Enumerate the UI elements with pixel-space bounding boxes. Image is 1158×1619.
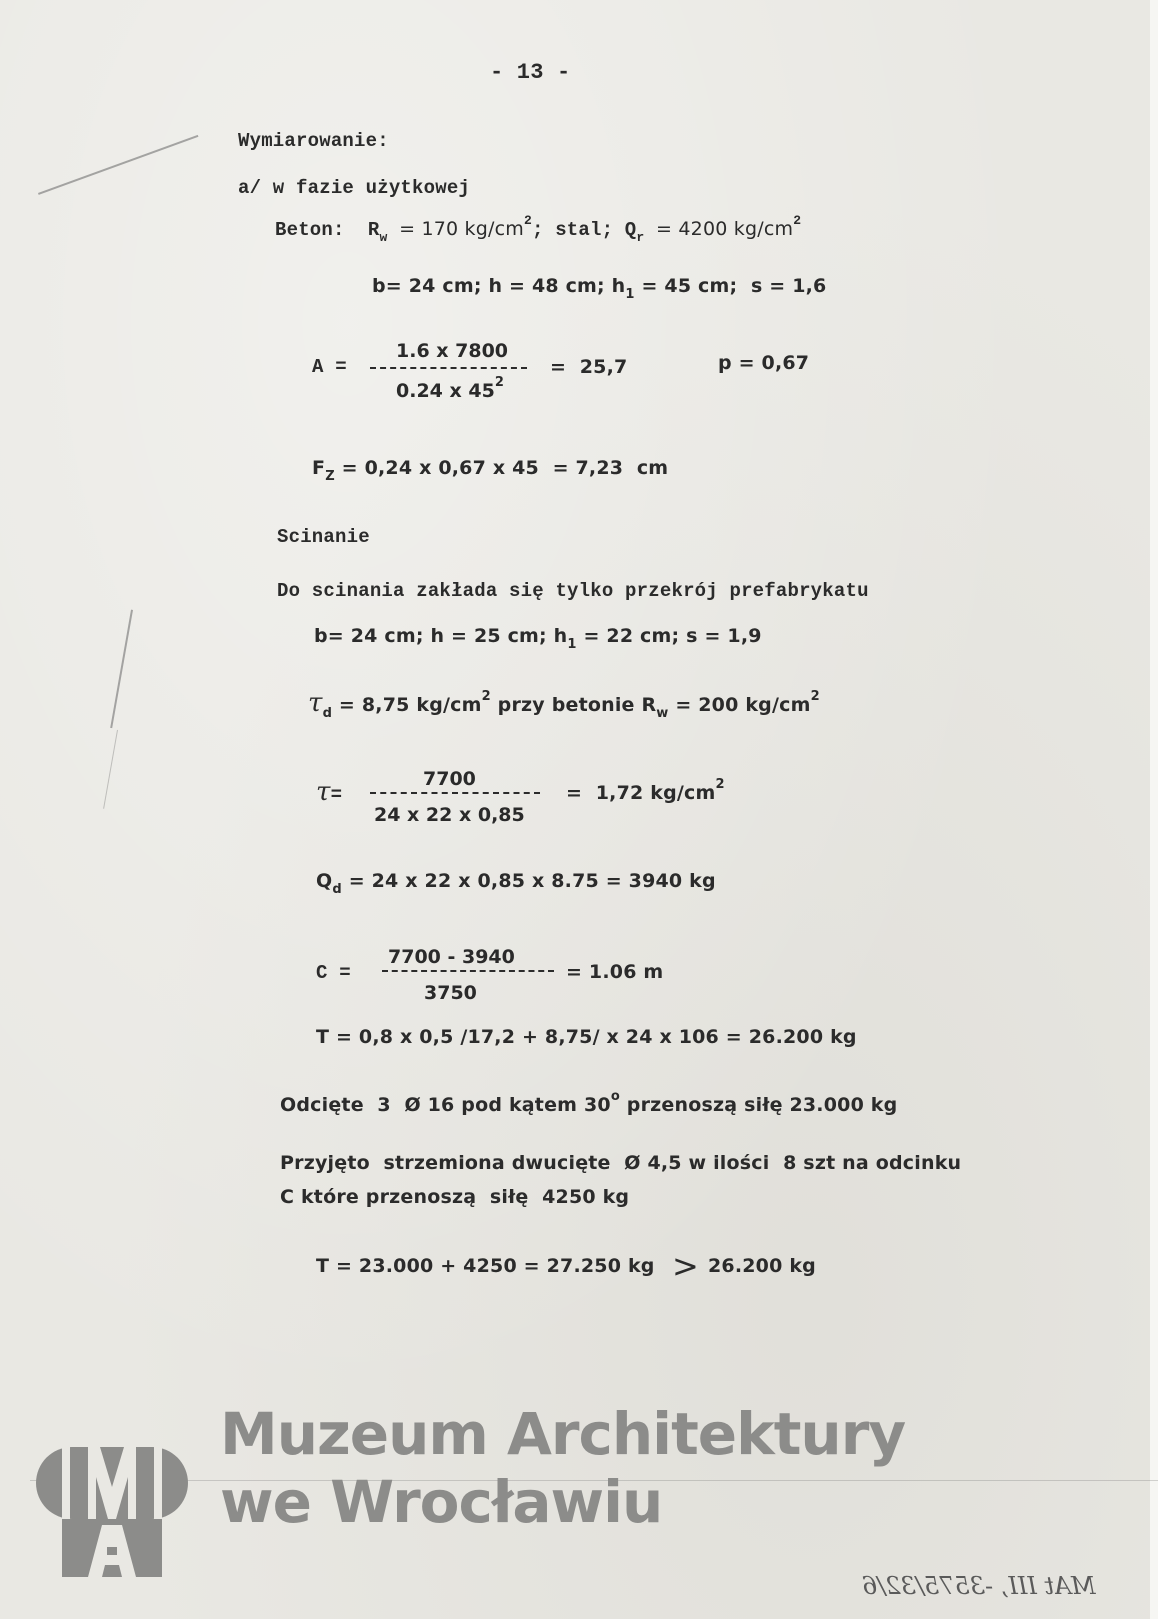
scan-edge bbox=[1150, 0, 1158, 1619]
subscript: d bbox=[323, 706, 333, 721]
formula-tau-lhs: τ= bbox=[316, 777, 342, 807]
subscript: r bbox=[636, 230, 644, 245]
final-check-rhs: 26.200 kg bbox=[708, 1255, 816, 1277]
text: = 0,24 x 0,67 x 45 = 7,23 cm bbox=[335, 457, 668, 479]
formula-t: T = 0,8 x 0,5 /17,2 + 8,75/ x 24 x 106 =… bbox=[316, 1026, 857, 1048]
value: = 8,75 kg/cm bbox=[332, 694, 481, 716]
section-heading: Wymiarowanie: bbox=[238, 130, 389, 152]
subscript: d bbox=[332, 882, 342, 897]
exponent: 2 bbox=[495, 375, 504, 390]
numerator: 1.6 x 7800 bbox=[396, 340, 508, 362]
pencil-mark bbox=[38, 135, 198, 195]
subscript: 1 bbox=[567, 637, 576, 652]
text: przenoszą siłę 23.000 kg bbox=[620, 1094, 897, 1116]
denominator: 24 x 22 x 0,85 bbox=[374, 804, 525, 826]
stirrups-line-1: Przyjęto strzemiona dwucięte Ø 4,5 w ilo… bbox=[280, 1152, 961, 1174]
value: = 200 kg/cm bbox=[669, 694, 811, 716]
allowable-shear-stress: τd = 8,75 kg/cm2 przy betonie Rw = 200 k… bbox=[308, 688, 820, 718]
text: przy betonie R bbox=[491, 694, 656, 716]
exponent: 2 bbox=[524, 213, 532, 228]
stirrups-line-2: C które przenoszą siłę 4250 kg bbox=[280, 1186, 629, 1208]
fraction-bar bbox=[370, 367, 527, 369]
concrete-steel-line: Beton: Rw = 170 kg/cm2; stal; Qr = 4200 … bbox=[275, 218, 801, 241]
exponent: 2 bbox=[482, 689, 491, 704]
formula-fz: FZ = 0,24 x 0,67 x 45 = 7,23 cm bbox=[312, 457, 668, 479]
numerator: 7700 bbox=[423, 768, 476, 790]
exponent: 2 bbox=[715, 777, 724, 792]
museum-logo bbox=[36, 1447, 188, 1582]
text: = 22 cm; s = 1,9 bbox=[577, 625, 762, 647]
formula-c-lhs: C = bbox=[316, 962, 351, 984]
exponent: 2 bbox=[793, 213, 801, 228]
symbol: Q bbox=[316, 870, 332, 892]
ratio-p: p = 0,67 bbox=[718, 352, 809, 374]
value: = 1,72 kg/cm bbox=[566, 782, 715, 804]
formula-a-lhs: A = bbox=[312, 356, 347, 378]
shear-heading: Scinanie bbox=[277, 526, 370, 548]
subscript: w bbox=[656, 706, 668, 721]
handwritten-inventory-number: MAt III, -3575/32/6 bbox=[862, 1572, 1096, 1600]
label: Beton: bbox=[275, 219, 345, 241]
degree-symbol: o bbox=[611, 1089, 620, 1104]
numerator: 7700 - 3940 bbox=[388, 946, 515, 968]
watermark-line-1: Muzeum Architektury bbox=[220, 1400, 905, 1468]
formula-a-result: = 25,7 bbox=[550, 356, 627, 378]
symbol: F bbox=[312, 457, 325, 479]
pencil-mark bbox=[110, 610, 133, 729]
subscript: 1 bbox=[625, 287, 634, 302]
pencil-mark bbox=[103, 730, 118, 809]
tau-symbol: τ bbox=[316, 777, 331, 807]
shear-note: Do scinania zakłada się tylko przekrój p… bbox=[277, 580, 869, 602]
formula-tau-result: = 1,72 kg/cm2 bbox=[566, 782, 725, 804]
subscript: w bbox=[379, 230, 387, 245]
museum-logo-icon bbox=[36, 1447, 188, 1577]
fraction-bar bbox=[370, 792, 540, 794]
text: Odcięte 3 Ø 16 pod kątem 30 bbox=[280, 1094, 611, 1116]
formula-c-result: = 1.06 m bbox=[566, 961, 663, 983]
bent-bars-line: Odcięte 3 Ø 16 pod kątem 30o przenoszą s… bbox=[280, 1094, 897, 1116]
text: = 45 cm; s = 1,6 bbox=[635, 275, 827, 297]
greater-than-sign: > bbox=[672, 1247, 699, 1285]
text: b= 24 cm; h = 48 cm; h bbox=[372, 275, 625, 297]
subscript: Z bbox=[325, 469, 335, 484]
denominator: 3750 bbox=[424, 982, 477, 1004]
text: b= 24 cm; h = 25 cm; h bbox=[314, 625, 567, 647]
symbol: R bbox=[368, 219, 380, 241]
value: = 4200 kg/cm bbox=[656, 218, 793, 240]
subheading: a/ w fazie użytkowej bbox=[238, 177, 470, 199]
denominator: 0.24 x 452 bbox=[396, 380, 504, 402]
tau-symbol: τ bbox=[308, 688, 323, 718]
section-dimensions-1: b= 24 cm; h = 48 cm; h1 = 45 cm; s = 1,6 bbox=[372, 275, 826, 297]
formula-qd: Qd = 24 x 22 x 0,85 x 8.75 = 3940 kg bbox=[316, 870, 716, 892]
final-check-lhs: T = 23.000 + 4250 = 27.250 kg bbox=[316, 1255, 655, 1277]
text: = 24 x 22 x 0,85 x 8.75 = 3940 kg bbox=[342, 870, 716, 892]
value: = 170 kg/cm bbox=[399, 218, 524, 240]
label: ; stal; Q bbox=[532, 219, 636, 241]
section-dimensions-2: b= 24 cm; h = 25 cm; h1 = 22 cm; s = 1,9 bbox=[314, 625, 762, 647]
equals: = bbox=[331, 784, 343, 806]
fraction-bar bbox=[382, 970, 554, 972]
page-number: - 13 - bbox=[490, 60, 570, 85]
exponent: 2 bbox=[811, 689, 820, 704]
text: 0.24 x 45 bbox=[396, 380, 495, 402]
watermark-line-2: we Wrocławiu bbox=[220, 1468, 662, 1536]
